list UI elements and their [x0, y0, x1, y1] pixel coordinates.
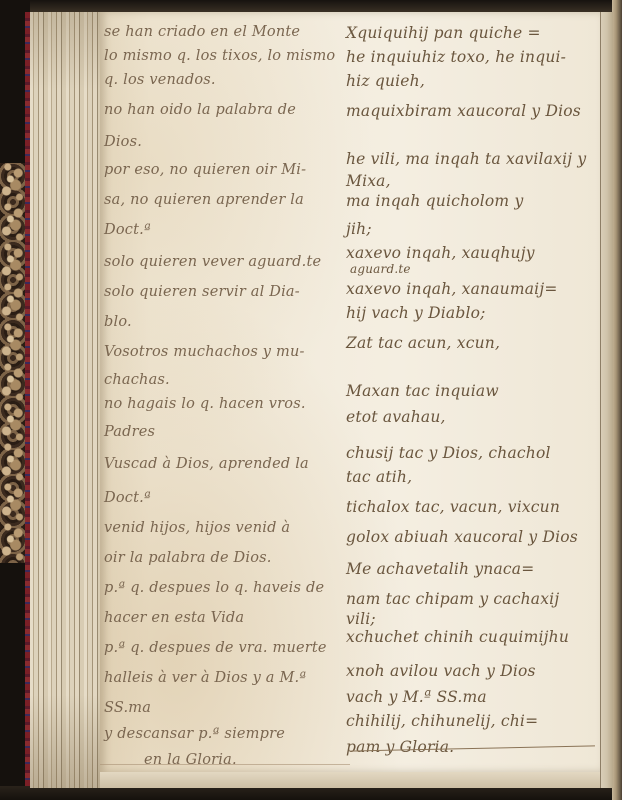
text-line: p.ª q. despues de vra. muerte: [104, 640, 327, 656]
text-line: tichalox tac, vacun, vixcun: [346, 498, 560, 516]
text-line: Xquiquihij pan quiche =: [346, 24, 541, 42]
text-line: q. los venados.: [104, 72, 216, 88]
text-line: solo quieren vever aguard.te: [104, 254, 321, 270]
bottom-faint-rule: [100, 764, 350, 765]
text-line: p.ª q. despues lo q. haveis de: [104, 580, 324, 596]
text-line: halleis à ver à Dios y a M.ª: [104, 670, 306, 686]
marbled-cover-panel: [0, 163, 26, 563]
text-line: chusij tac y Dios, chachol: [346, 444, 551, 462]
text-line: pam y Gloria.: [346, 738, 454, 756]
manuscript-page: se han criado en el Monte lo mismo q. lo…: [100, 12, 600, 772]
text-line: Dios.: [104, 134, 142, 150]
page-right-edge: [600, 12, 613, 788]
text-line: golox abiuah xaucoral y Dios: [346, 528, 578, 546]
text-line: oir la palabra de Dios.: [104, 550, 272, 566]
text-line: Vuscad à Dios, aprended la: [104, 456, 309, 472]
text-line: maquixbiram xaucoral y Dios: [346, 102, 581, 120]
text-line: sa, no quieren aprender la: [104, 192, 304, 208]
page-stack-edges: [30, 12, 101, 788]
page-bottom-edge: [100, 772, 600, 788]
text-line: hij vach y Diablo;: [346, 304, 486, 322]
text-line: por eso, no quieren oir Mi-: [104, 162, 306, 178]
text-line: xaxevo inqah, xanaumaij=: [346, 280, 558, 298]
text-line: Maxan tac inquiaw: [346, 382, 499, 400]
text-line: hiz quieh,: [346, 72, 425, 90]
text-line: tac atih,: [346, 468, 412, 486]
book-cover-right: [612, 0, 622, 800]
book-cover-bottom: [0, 786, 622, 800]
text-line: vili;: [346, 610, 376, 628]
text-line: SS.ma: [104, 700, 151, 716]
text-line: nam tac chipam y cachaxij: [346, 590, 559, 608]
text-line: jih;: [346, 220, 372, 238]
text-line: Padres: [104, 424, 155, 440]
text-line: blo.: [104, 314, 132, 330]
text-line: chihilij, chihunelij, chi=: [346, 712, 538, 730]
text-line: Me achavetalih ynaca=: [346, 560, 534, 578]
text-line: he vili, ma inqah ta xavilaxij y: [346, 150, 586, 168]
book-cover-top: [0, 0, 622, 12]
text-line: xaxevo inqah, xauqhujy: [346, 244, 535, 262]
text-line: lo mismo q. los tixos, lo mismo: [104, 48, 335, 64]
text-line: chachas.: [104, 372, 170, 388]
text-line: no han oido la palabra de: [104, 102, 296, 118]
text-line: vach y M.ª SS.ma: [346, 688, 487, 706]
text-line: hacer en esta Vida: [104, 610, 244, 626]
text-line: Mixa,: [346, 172, 391, 190]
text-line: Doct.ª: [104, 222, 151, 238]
text-line: venid hijos, hijos venid à: [104, 520, 290, 536]
text-line: he inquiuhiz toxo, he inqui-: [346, 48, 566, 66]
text-line: solo quieren servir al Dia-: [104, 284, 300, 300]
text-line: Vosotros muchachos y mu-: [104, 344, 305, 360]
text-line: en la Gloria.: [144, 752, 237, 768]
text-line: se han criado en el Monte: [104, 24, 300, 40]
text-line: Doct.ª: [104, 490, 151, 506]
text-line: ma inqah quicholom y: [346, 192, 523, 210]
text-line: aguard.te: [350, 262, 411, 276]
text-line: xnoh avilou vach y Dios: [346, 662, 536, 680]
text-line: Zat tac acun, xcun,: [346, 334, 500, 352]
text-line: xchuchet chinih cuquimijhu: [346, 628, 569, 646]
text-line: no hagais lo q. hacen vros.: [104, 396, 306, 412]
text-line: etot avahau,: [346, 408, 446, 426]
text-line: y descansar p.ª siempre: [104, 726, 285, 742]
